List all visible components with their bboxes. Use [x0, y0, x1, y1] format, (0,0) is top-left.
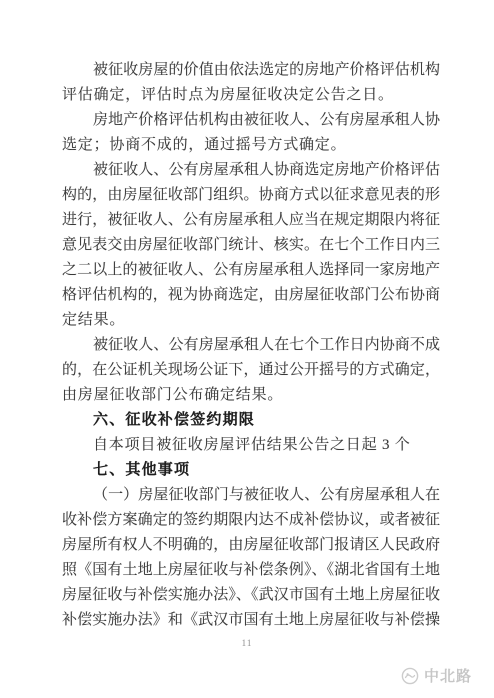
doc-line: （一）房屋征收部门与被征收人、公有房屋承租人在征: [62, 483, 440, 508]
doc-line: 选定；协商不成的，通过摇号方式确定。: [62, 133, 440, 158]
doc-line: 被征收房屋的价值由依法选定的房地产价格评估机构: [62, 58, 440, 83]
publisher-logo-label: 中北路: [424, 665, 472, 686]
doc-line: 由房屋征收部门公布确定结果。: [62, 383, 440, 408]
doc-line: 自本项目被征收房屋评估结果公告之日起 3 个月。: [62, 433, 440, 458]
doc-line: 房屋征收与补偿实施办法》、《武汉市国有土地上房屋征收与: [62, 583, 440, 608]
document-page: 被征收房屋的价值由依法选定的房地产价格评估机构 评估确定，评估时点为房屋征收决定…: [0, 0, 494, 698]
doc-line: 格评估机构的，视为协商选定，由房屋征收部门公布协商选: [62, 283, 440, 308]
doc-line: 定结果。: [62, 308, 440, 333]
doc-line: 补偿实施办法》和《武汉市国有土地上房屋征收与补偿操作: [62, 608, 440, 633]
doc-line: 收补偿方案确定的签约期限内达不成补偿协议，或者被征收: [62, 508, 440, 533]
doc-line: 房地产价格评估机构由被征收人、公有房屋承租人协商: [62, 108, 440, 133]
doc-line: 进行，被征收人、公有房屋承租人应当在规定期限内将征求: [62, 208, 440, 233]
publisher-watermark: 中北路: [401, 665, 472, 686]
doc-line: 之二以上的被征收人、公有房屋承租人选择同一家房地产价: [62, 258, 440, 283]
section-heading-7: 七、其他事项: [62, 458, 440, 483]
publisher-logo-icon: [401, 667, 419, 685]
doc-line: 构的，由房屋征收部门组织。协商方式以征求意见表的形式: [62, 183, 440, 208]
page-number: 11: [0, 638, 494, 648]
doc-line: 被征收人、公有房屋承租人在七个工作日内协商不成: [62, 333, 440, 358]
document-text-block: 被征收房屋的价值由依法选定的房地产价格评估机构 评估确定，评估时点为房屋征收决定…: [62, 58, 440, 633]
doc-line: 被征收人、公有房屋承租人协商选定房地产价格评估机: [62, 158, 440, 183]
doc-line: 照《国有土地上房屋征收与补偿条例》、《湖北省国有土地上: [62, 558, 440, 583]
section-heading-6: 六、征收补偿签约期限: [62, 408, 440, 433]
doc-line: 意见表交由房屋征收部门统计、核实。在七个工作日内三分: [62, 233, 440, 258]
doc-line: 评估确定，评估时点为房屋征收决定公告之日。: [62, 83, 440, 108]
doc-line: 的，在公证机关现场公证下，通过公开摇号的方式确定，并: [62, 358, 440, 383]
doc-line: 房屋所有权人不明确的，由房屋征收部门报请区人民政府依: [62, 533, 440, 558]
